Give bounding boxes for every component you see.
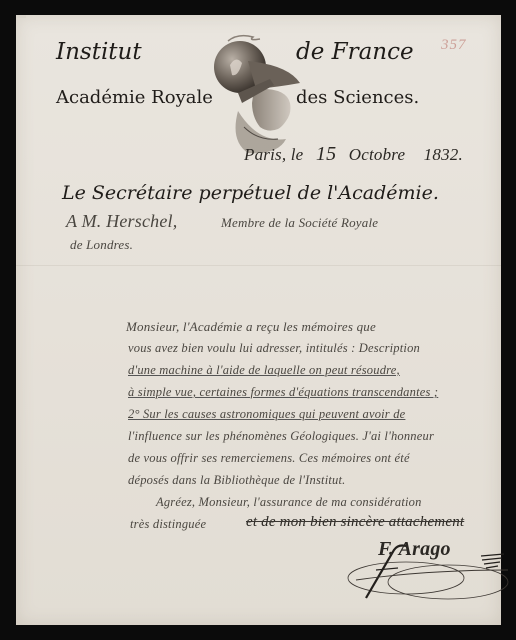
body-line-3: d'une machine à l'aide de laquelle on pe…: [128, 363, 400, 378]
addressee-city: de Londres.: [70, 237, 133, 253]
minerva-helmet-icon: [208, 31, 308, 156]
sender-title: Le Secrétaire perpétuel de l'Académie.: [62, 182, 439, 204]
letterhead-des-sciences: des Sciences.: [296, 87, 419, 108]
body-line-7: de vous offrir ses remerciemens. Ces mém…: [128, 451, 410, 466]
addressee-role: Membre de la Société Royale: [221, 215, 378, 231]
body-line-9: Agréez, Monsieur, l'assurance de ma cons…: [156, 495, 422, 510]
letterhead-institut: Institut: [56, 39, 142, 65]
body-line-5: 2° Sur les causes astronomiques qui peuv…: [128, 407, 405, 422]
dateline: Paris, le 15 Octobre 1832.: [244, 143, 463, 166]
closing-addition: et de mon bien sincère attachement: [246, 514, 464, 531]
folio-number: 357: [441, 37, 467, 54]
letterhead-de-france: de France: [296, 39, 414, 65]
signature: F. Arago: [378, 538, 451, 561]
body-line-1: Monsieur, l'Académie a reçu les mémoires…: [126, 319, 376, 335]
dateline-year: 1832.: [424, 145, 463, 164]
body-line-10: très distinguée: [130, 517, 206, 532]
letter-page: Institut de France Académie Royale des S…: [16, 15, 501, 625]
dateline-day: 15: [316, 143, 336, 165]
body-line-6: l'influence sur les phénomènes Géologiqu…: [128, 429, 434, 444]
body-line-2: vous avez bien voulu lui adresser, intit…: [128, 341, 420, 356]
body-line-8: déposés dans la Bibliothèque de l'Instit…: [128, 473, 346, 488]
body-line-4: à simple vue, certaines formes d'équatio…: [128, 385, 438, 400]
dateline-month: Octobre: [349, 145, 405, 164]
letterhead-academie-royale: Académie Royale: [56, 87, 213, 108]
addressee-name: A M. Herschel,: [66, 211, 177, 232]
paper-fold-line: [16, 265, 501, 266]
dateline-prefix: Paris, le: [244, 145, 303, 164]
